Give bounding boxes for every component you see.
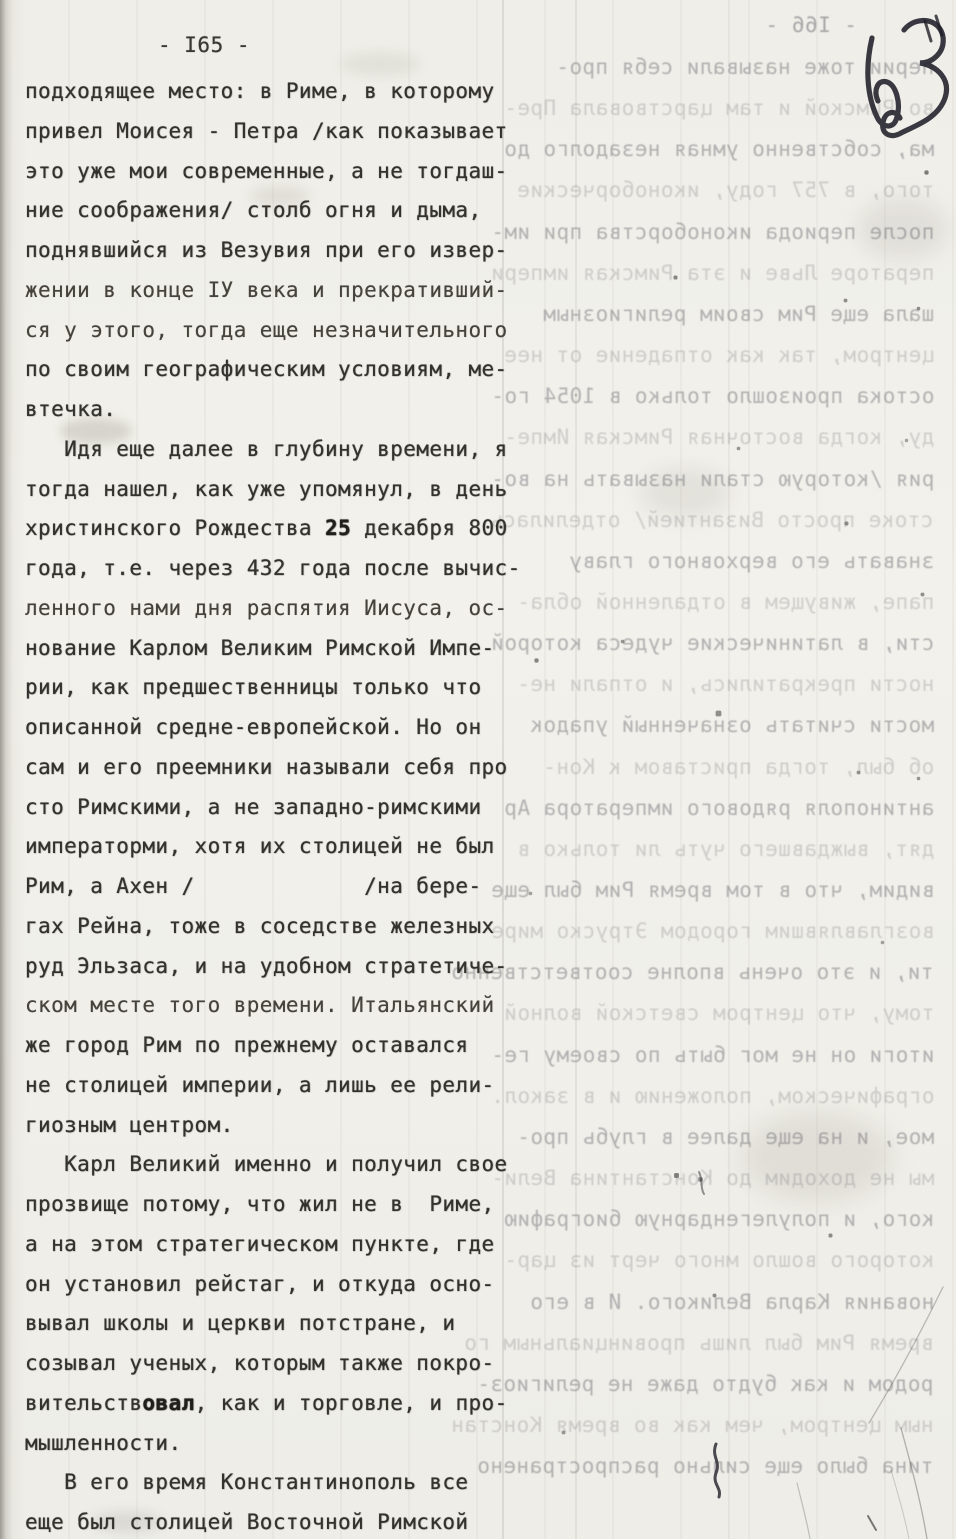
- bleedthrough-line: возглавлявшим городом Этруско мире: [491, 920, 934, 942]
- typed-line: а на этом стратегическом пункте, где: [25, 1233, 495, 1255]
- bleedthrough-line: ти, и это очень вполне соответственно: [451, 961, 934, 983]
- bleedthrough-line: об был, тогда приставом к Кон-: [543, 756, 934, 778]
- ink-smudge: [340, 52, 420, 76]
- typed-line: гиозным центром.: [25, 1114, 234, 1136]
- typed-line: христинского Рождества 25 декабря 800: [25, 517, 508, 539]
- bleedthrough-line: во Римской и там царствовала Пре-: [504, 97, 934, 119]
- bleedthrough-line: нования Карла Великого. И в его: [530, 1291, 934, 1313]
- typed-line: созывал ученых, которым также покро-: [25, 1352, 495, 1374]
- typed-line: сто Римскими, а не западно-римскими: [25, 796, 482, 818]
- typed-line: гах Рейна, тоже в соседстве железных: [25, 915, 495, 937]
- bleedthrough-line: итоги он не мог быть по своему ге-: [491, 1044, 934, 1066]
- typed-line: ленного нами дня распятия Иисуса, ос-: [25, 597, 508, 619]
- bleedthrough-line: сти, в латинические чудеса которой: [491, 632, 934, 654]
- typed-line: рии, как предшественницы только что: [25, 676, 482, 698]
- scan-specks: [0, 0, 1, 1]
- bleedthrough-line: тина было еще сильно распространено: [477, 1455, 934, 1477]
- typed-line: Рим, а Ахен / /на бере-: [25, 875, 482, 897]
- bleedthrough-line: ографическом, положению и в закол.: [491, 1085, 934, 1107]
- bleedthrough-line: знавать его верховного главу: [569, 550, 934, 572]
- bleedthrough-line: мое, и на еще далее в глубь про-: [517, 1126, 934, 1148]
- bleedthrough-line: ным центром, чем как во время Констан: [451, 1414, 934, 1436]
- typed-line: вительствовал, как и торговле, и про-: [25, 1392, 508, 1414]
- pen-tick-marks: [925, 16, 942, 41]
- scanned-page: - I66 - перии тоже называли себя про-во …: [0, 0, 956, 1539]
- bleedthrough-line: ма, собственно умная незадолго до: [504, 138, 934, 160]
- typed-line: описанной средне-европейской. Но он: [25, 716, 482, 738]
- bleedthrough-line: перии тоже называли себя про-: [556, 56, 934, 78]
- bleedthrough-line: ду, когда восточная Римская Импе-: [504, 426, 934, 448]
- bleedthrough-line: папе, живущем в отдаленной обла-: [517, 591, 934, 613]
- typed-line: года, т.е. через 432 года после вычис-: [25, 557, 521, 579]
- typed-line: императорми, хотя их столицей не был: [25, 835, 495, 857]
- bleedthrough-line: центром, так как отпадение от нее: [504, 344, 934, 366]
- bleedthrough-line: которого вошло много черт из цар-: [504, 1249, 934, 1271]
- typed-line: Идя еще далее в глубину времени, я: [25, 438, 508, 460]
- bleedthrough-line: шала еще Рим своим религиозным: [543, 303, 934, 325]
- typed-line: втечка.: [25, 398, 116, 420]
- bleedthrough-line: мости считать означенный упадок: [530, 714, 934, 736]
- recto-page-number: - I65 -: [158, 33, 250, 57]
- bleedthrough-line: время Рим был лишь провинциальным го: [464, 1332, 934, 1354]
- typed-line: Карл Великий именно и получил свое: [25, 1153, 508, 1175]
- bleedthrough-line: остока произошло только в 1054 го-: [491, 385, 934, 407]
- typed-line: тогда нашел, как уже упомянул, в день: [25, 478, 508, 500]
- typed-line: не столицей империи, а лишь ее рели-: [25, 1074, 495, 1096]
- bleedthrough-line: антинополя рядового императора Ар: [504, 797, 934, 819]
- typed-line: руд Эльзаса, и на удобном стратетиче-: [25, 955, 508, 977]
- bleedthrough-line: стоке просто Византией/ отделилась.: [477, 509, 934, 531]
- bleedthrough-line: тому, что центром светской волной: [504, 1002, 934, 1024]
- typed-line: сам и его преемники называли себя про: [25, 756, 508, 778]
- bleedthrough-line: родом и как будто даже не религиоз-: [477, 1373, 934, 1395]
- bleedthrough-line: ности прекратились, и отпали не-: [517, 673, 934, 695]
- typed-line: это уже мои современные, а не тогдаш-: [25, 160, 508, 182]
- bleedthrough-line: кого, и полулегендарную биографию: [504, 1208, 934, 1230]
- bleedthrough-line: того, в 757 году, иконоборческие: [517, 179, 934, 201]
- typed-line: В его время Константинополь все: [25, 1471, 468, 1493]
- typed-line: он установил рейстаг, и откуда осно-: [25, 1273, 495, 1295]
- verso-page-number: - I66 -: [765, 13, 857, 37]
- bleedthrough-line: ператоре Льве и эта Римская импери: [491, 262, 934, 284]
- bleedthrough-line: видим, что в том время Рим был еще: [491, 879, 934, 901]
- typed-line: жении в конце IУ века и прекративший-: [25, 279, 508, 301]
- typed-line: нование Карлом Великим Римской Импе-: [25, 637, 495, 659]
- typed-line: вывал школы и церкви потстране, и: [25, 1312, 455, 1334]
- typed-line: ся у этого, тогда еще незначительного: [25, 319, 508, 341]
- typed-line: поднявшийся из Везувия при его извер-: [25, 239, 508, 261]
- typed-line: же город Рим по прежнему оставался: [25, 1034, 468, 1056]
- typed-line: еще был столицей Восточной Римской: [25, 1511, 468, 1533]
- typed-line: прозвище потому, что жил не в Риме,: [25, 1193, 495, 1215]
- bleedthrough-line: дят, выждавшего чуть ли только в: [517, 838, 934, 860]
- typed-line: подходящее место: в Риме, в которому: [25, 80, 495, 102]
- typed-line: привел Моисея - Петра /как показывает: [25, 120, 508, 142]
- typed-line: ние соображения/ столб огня и дыма,: [25, 199, 482, 221]
- bleedthrough-line: мы не доходим до Константина Вели-: [491, 1167, 934, 1189]
- typed-line: ском месте того времени. Итальянский: [25, 994, 495, 1016]
- typed-line: по своим географическим условиям, ме-: [25, 358, 508, 380]
- typed-line: мышленности.: [25, 1432, 182, 1454]
- bleedthrough-line: рия /которую стали называть на во-: [491, 468, 934, 490]
- bleedthrough-line: после периода иконоборства при им-: [491, 221, 934, 243]
